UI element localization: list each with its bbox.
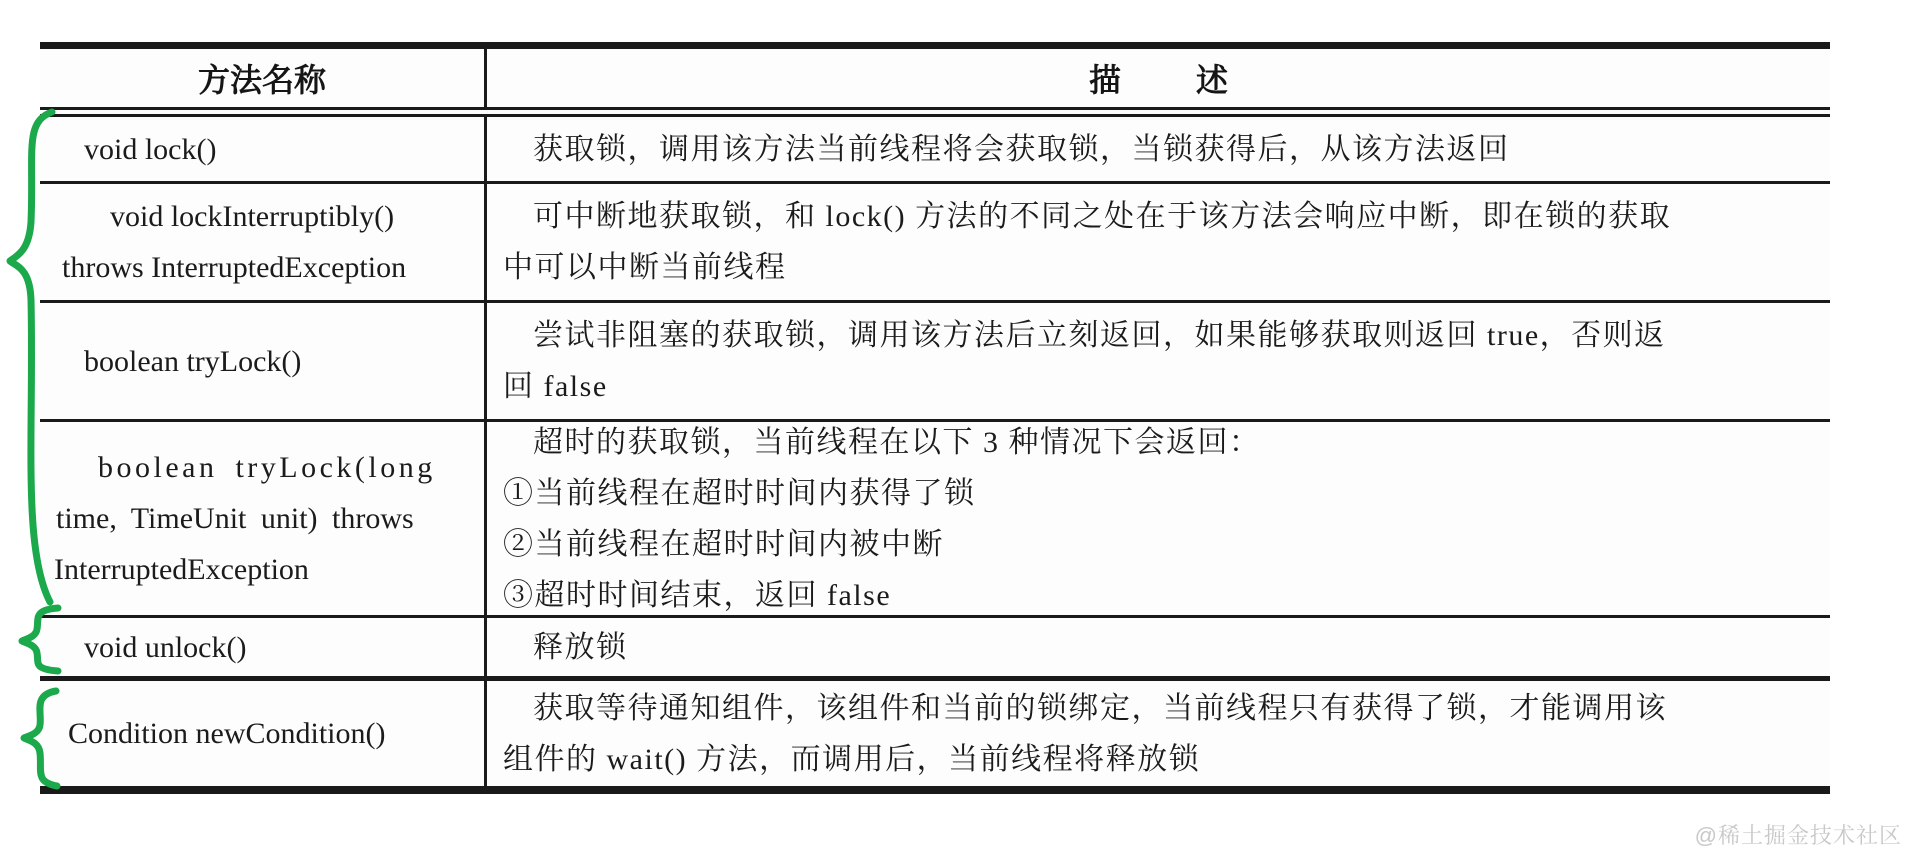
table-row: Condition newCondition() 获取等待通知组件，该组件和当前… — [40, 681, 1830, 786]
description-line: 释放锁 — [503, 622, 1820, 673]
header-method-name: 方法名称 — [40, 49, 487, 107]
method-name: InterruptedException — [40, 544, 474, 595]
table-row: void lock() 获取锁，调用该方法当前线程将会获取锁，当锁获得后，从该方… — [40, 117, 1830, 184]
table-row: boolean tryLock() 尝试非阻塞的获取锁，调用该方法后立刻返回，如… — [40, 303, 1830, 422]
description-line: ③超时时间结束，返回 false — [503, 570, 1820, 621]
description-line: 中可以中断当前线程 — [503, 242, 1820, 293]
method-cell: Condition newCondition() — [40, 681, 487, 786]
description-line: 尝试非阻塞的获取锁，调用该方法后立刻返回，如果能够获取则返回 true，否则返 — [503, 310, 1820, 361]
lock-api-table: 方法名称 描 述 void lock() 获取锁，调用该方法当前线程将会获取锁，… — [40, 42, 1830, 794]
description-line: 获取锁，调用该方法当前线程将会获取锁，当锁获得后，从该方法返回 — [503, 124, 1820, 175]
method-name: throws InterruptedException — [40, 242, 474, 293]
method-cell: boolean tryLock() — [40, 303, 487, 419]
table-row: boolean tryLock(long time, TimeUnit unit… — [40, 422, 1830, 618]
table-row: void lockInterruptibly() throws Interrup… — [40, 184, 1830, 303]
description-line: 可中断地获取锁，和 lock() 方法的不同之处在于该方法会响应中断，即在锁的获… — [503, 191, 1820, 242]
description-line: ②当前线程在超时时间内被中断 — [503, 519, 1820, 570]
method-name: Condition newCondition() — [40, 708, 474, 759]
watermark-text: @稀土掘金技术社区 — [1695, 819, 1902, 850]
description-line: 获取等待通知组件，该组件和当前的锁绑定，当前线程只有获得了锁，才能调用该 — [503, 683, 1820, 734]
method-cell: void unlock() — [40, 618, 487, 676]
table-header-row: 方法名称 描 述 — [40, 49, 1830, 117]
description-cell: 获取锁，调用该方法当前线程将会获取锁，当锁获得后，从该方法返回 — [487, 117, 1830, 181]
method-name: void unlock() — [40, 622, 474, 673]
description-cell: 可中断地获取锁，和 lock() 方法的不同之处在于该方法会响应中断，即在锁的获… — [487, 184, 1830, 300]
description-cell: 超时的获取锁，当前线程在以下 3 种情况下会返回： ①当前线程在超时时间内获得了… — [487, 422, 1830, 615]
method-name: time, TimeUnit unit) throws — [40, 493, 474, 544]
method-name: void lockInterruptibly() — [40, 191, 474, 242]
table-row: void unlock() 释放锁 — [40, 618, 1830, 681]
method-name: boolean tryLock() — [40, 336, 474, 387]
description-line: 组件的 wait() 方法，而调用后，当前线程将释放锁 — [503, 734, 1820, 785]
method-name: boolean tryLock(long — [40, 442, 474, 493]
description-cell: 获取等待通知组件，该组件和当前的锁绑定，当前线程只有获得了锁，才能调用该 组件的… — [487, 681, 1830, 786]
description-line: ①当前线程在超时时间内获得了锁 — [503, 468, 1820, 519]
header-description: 描 述 — [487, 49, 1830, 107]
description-line: 超时的获取锁，当前线程在以下 3 种情况下会返回： — [503, 417, 1820, 468]
method-cell: void lockInterruptibly() throws Interrup… — [40, 184, 487, 300]
description-line: 回 false — [503, 361, 1820, 412]
description-cell: 尝试非阻塞的获取锁，调用该方法后立刻返回，如果能够获取则返回 true，否则返 … — [487, 303, 1830, 419]
description-cell: 释放锁 — [487, 618, 1830, 676]
method-name: void lock() — [40, 124, 474, 175]
method-cell: void lock() — [40, 117, 487, 181]
method-cell: boolean tryLock(long time, TimeUnit unit… — [40, 422, 487, 615]
